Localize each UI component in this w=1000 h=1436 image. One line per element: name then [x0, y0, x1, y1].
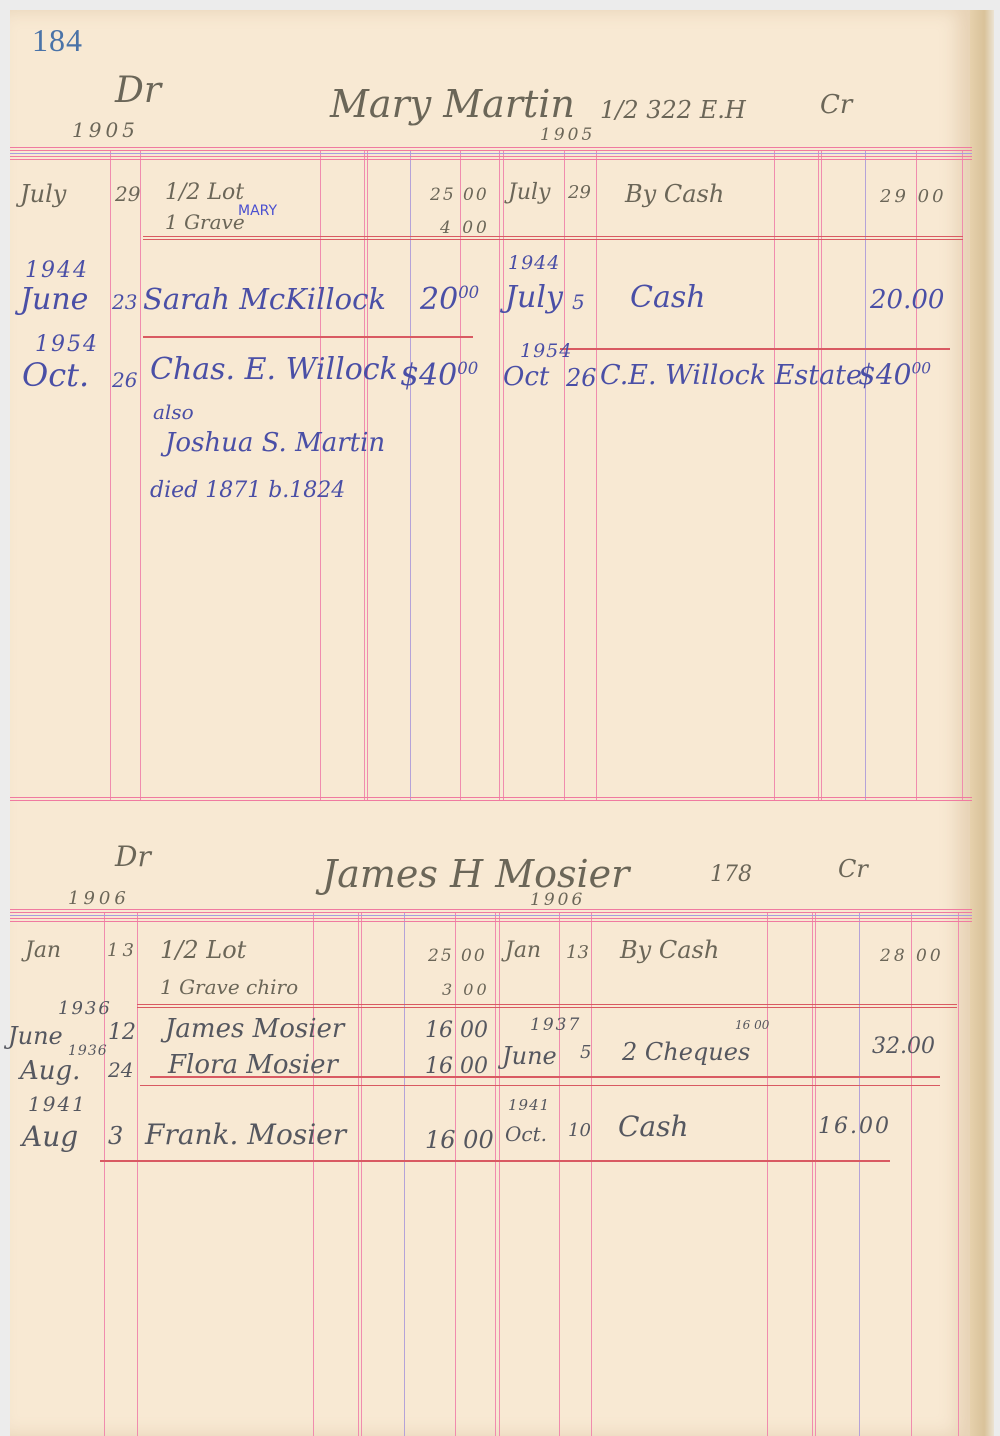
entry-day: 3 [108, 1122, 123, 1150]
entry-amount: 28 00 [880, 946, 944, 966]
entry-amount: 16 00 [425, 1054, 488, 1079]
entry-month: Aug [22, 1120, 78, 1153]
entry-day: 26 [566, 364, 597, 392]
entry-amount: 20.00 [870, 285, 944, 315]
entry-month: Jan [505, 938, 541, 963]
entry-description: Cash [618, 1110, 689, 1143]
entry-amount: 2000 [420, 282, 479, 317]
entry-description: Sarah McKillock [143, 282, 386, 316]
entry-month: Jan [25, 938, 61, 963]
entry-description: Cash [630, 280, 706, 315]
entry-day: 26 [112, 368, 137, 392]
entry-rule [560, 348, 950, 350]
entry-day: 12 [108, 1020, 136, 1045]
entry-amount: 16.00 [818, 1114, 891, 1139]
subtotal-rule [137, 1004, 957, 1005]
lot-reference: 1/2 322 E.H [600, 96, 746, 124]
entry-amount: $4000 [400, 358, 478, 393]
entry-description: Frank. Mosier [145, 1118, 346, 1151]
entry-year: 1944 [508, 252, 560, 274]
entry-month: July [508, 180, 550, 205]
entry-rule [143, 336, 473, 338]
credit-year: 1905 [540, 125, 595, 145]
entry-year: 1944 [25, 258, 89, 283]
entry-annotation: MARY [238, 203, 277, 219]
credit-label: Cr [838, 855, 868, 883]
entry-month: July [20, 180, 66, 208]
entry-amount: 25 00 [428, 946, 487, 966]
entry-description: 2 Cheques [622, 1038, 750, 1066]
entry-day: 23 [112, 290, 137, 314]
entry-month: Oct. [505, 1122, 547, 1146]
entry-year: 1937 [530, 1015, 581, 1035]
note-line: Joshua S. Martin [165, 428, 385, 458]
entry-description: 1 Grave chiro [160, 975, 298, 999]
credit-year: 1906 [530, 890, 585, 910]
section-divider [10, 797, 972, 803]
entry-month: July [505, 280, 563, 315]
entry-rule [140, 1085, 940, 1086]
debit-label: Dr [115, 70, 161, 111]
entry-description: By Cash [620, 936, 719, 964]
lot-reference: 178 [710, 862, 752, 887]
entry-amount: 16 00 [425, 1126, 494, 1154]
header-band-bottom [10, 909, 972, 923]
entry-day: 24 [108, 1058, 133, 1082]
entry-description: 1/2 Lot [160, 936, 246, 964]
subtotal-rule [143, 239, 963, 240]
entry-amount: $4000 [858, 358, 931, 391]
entry-year: 1936 [58, 998, 112, 1019]
entry-year: 1954 [520, 340, 572, 362]
entry-month: June [502, 1042, 557, 1070]
entry-day: 29 [115, 182, 140, 206]
debit-label: Dr [115, 840, 151, 873]
debit-year: 1906 [68, 888, 130, 909]
ledger-page [10, 10, 970, 1436]
note-line: died 1871 b.1824 [150, 478, 345, 503]
debit-year: 1905 [72, 118, 139, 142]
entry-amount: 25 00 [430, 185, 489, 205]
entry-amount: 32.00 [872, 1034, 935, 1059]
entry-month: Oct [503, 362, 549, 392]
entry-month: June [8, 1022, 63, 1050]
entry-description: 1/2 Lot [165, 180, 244, 205]
entry-day: 29 [568, 182, 591, 203]
entry-day: 5 [580, 1042, 591, 1063]
entry-month: June [20, 282, 88, 317]
page-edge [970, 10, 994, 1436]
credit-label: Cr [820, 90, 852, 120]
entry-year: 1941 [508, 1096, 550, 1114]
entry-description: C.E. Willock Estate [600, 360, 862, 391]
entry-amount: 29 00 [880, 186, 947, 207]
entry-rule [100, 1160, 890, 1162]
entry-day: 10 [568, 1120, 591, 1141]
entry-amount: 3 00 [442, 980, 490, 999]
entry-description: 1 Grave [165, 210, 245, 234]
subtotal-rule [143, 236, 963, 237]
entry-description: James Mosier [165, 1014, 344, 1044]
subtotal-rule [137, 1007, 957, 1008]
entry-description: Flora Mosier [168, 1050, 338, 1080]
entry-year: 1954 [35, 332, 99, 357]
account-name: Mary Martin [330, 82, 575, 126]
note-line: also [153, 400, 194, 424]
entry-month: Oct. [22, 356, 89, 394]
entry-annotation: 16 00 [735, 1018, 769, 1032]
header-band-top [10, 147, 972, 161]
entry-amount: 4 00 [440, 218, 490, 238]
entry-description: By Cash [625, 180, 724, 208]
entry-month: Aug. [20, 1056, 80, 1086]
entry-year: 1941 [28, 1092, 87, 1116]
entry-amount: 16 00 [425, 1018, 488, 1043]
entry-description: Chas. E. Willock [150, 352, 398, 387]
entry-day: 13 [566, 942, 589, 963]
page-number: 184 [32, 22, 83, 59]
entry-day: 5 [572, 290, 585, 314]
entry-day: 13 [107, 940, 138, 961]
